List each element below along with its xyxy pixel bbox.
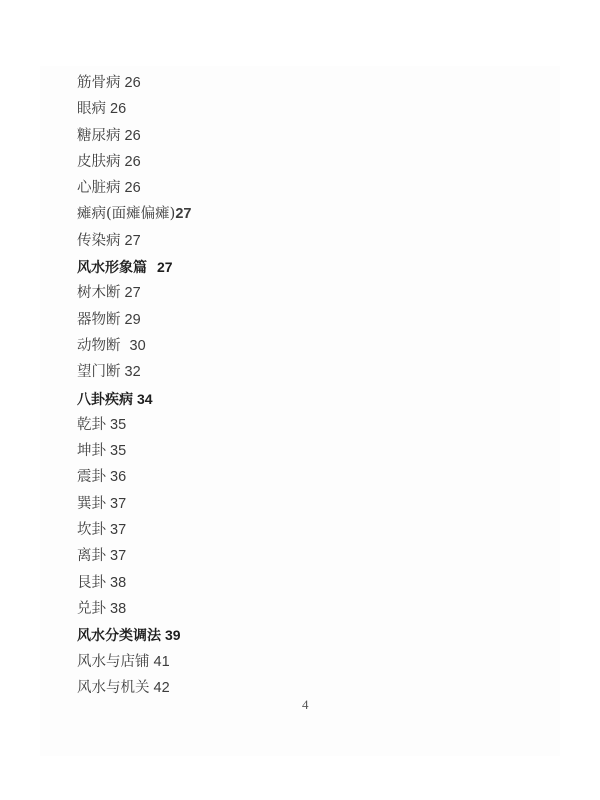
toc-entry-page: 27 [125, 233, 141, 249]
toc-entry-title: 风水与机关 [77, 680, 150, 696]
toc-entry-title: 离卦 [77, 548, 106, 564]
toc-entry-title: 器物断 [77, 312, 121, 328]
toc-section-heading: 八卦疾病34 [77, 386, 191, 412]
toc-section-title: 风水分类调法 [77, 628, 161, 644]
toc-entry: 眼病26 [77, 96, 191, 122]
toc-entry: 坤卦35 [77, 438, 191, 464]
toc-entry-title: 坤卦 [77, 443, 106, 459]
toc-entry: 乾卦35 [77, 412, 191, 438]
toc-entry: 风水与店铺41 [77, 649, 191, 675]
toc-entry-page: 35 [110, 443, 126, 459]
toc-section-page: 39 [165, 627, 181, 643]
toc-entry: 糖尿病26 [77, 123, 191, 149]
toc-section-heading: 风水形象篇27 [77, 254, 191, 280]
toc-entry-page: 42 [154, 680, 170, 696]
toc-entry-page: 32 [125, 364, 141, 380]
toc-entry-title: 筋骨病 [77, 75, 121, 91]
toc-entry-page: 29 [125, 312, 141, 328]
toc-entry: 瘫病(面瘫偏瘫)27 [77, 201, 191, 227]
toc-entry-title: 糖尿病 [77, 128, 121, 144]
toc-entry-page: 41 [154, 654, 170, 670]
toc-entry-title: 坎卦 [77, 522, 106, 538]
toc-entry: 艮卦38 [77, 570, 191, 596]
toc-entry-page: 38 [110, 575, 126, 591]
toc-entry: 动物断30 [77, 333, 191, 359]
toc-entry-page: 26 [125, 75, 141, 91]
table-of-contents: 筋骨病26 眼病26 糖尿病26 皮肤病26 心脏病26 瘫病(面瘫偏瘫)27 … [77, 70, 191, 701]
toc-entry: 传染病27 [77, 228, 191, 254]
toc-entry: 震卦36 [77, 464, 191, 490]
toc-section-page: 34 [137, 391, 153, 407]
toc-entry-page: 27 [175, 206, 191, 222]
toc-entry: 巽卦37 [77, 491, 191, 517]
toc-entry-page: 37 [110, 522, 126, 538]
toc-entry: 兑卦38 [77, 596, 191, 622]
toc-entry-title: 风水与店铺 [77, 654, 150, 670]
toc-entry-title: 乾卦 [77, 417, 106, 433]
toc-entry: 心脏病26 [77, 175, 191, 201]
toc-entry-title: 巽卦 [77, 496, 106, 512]
toc-entry: 风水与机关42 [77, 675, 191, 701]
toc-entry-title: 艮卦 [77, 575, 106, 591]
toc-entry-title: 望门断 [77, 364, 121, 380]
toc-entry-title: 树木断 [77, 285, 121, 301]
toc-entry-page: 37 [110, 496, 126, 512]
toc-entry: 望门断32 [77, 359, 191, 385]
toc-entry-title: 心脏病 [77, 180, 121, 196]
toc-entry-title: 兑卦 [77, 601, 106, 617]
toc-entry-page: 38 [110, 601, 126, 617]
toc-entry-page: 26 [125, 154, 141, 170]
toc-entry-page: 26 [125, 128, 141, 144]
toc-section-heading: 风水分类调法39 [77, 622, 191, 648]
toc-entry-page: 35 [110, 417, 126, 433]
toc-entry-page: 36 [110, 469, 126, 485]
toc-entry-title: 瘫病(面瘫偏瘫) [77, 206, 175, 222]
toc-section-page: 27 [157, 259, 173, 275]
toc-entry-page: 37 [110, 548, 126, 564]
toc-section-title: 风水形象篇 [77, 260, 147, 276]
toc-entry: 器物断29 [77, 307, 191, 333]
toc-entry-page: 27 [125, 285, 141, 301]
toc-entry: 坎卦37 [77, 517, 191, 543]
toc-entry-title: 传染病 [77, 233, 121, 249]
toc-entry-page: 26 [125, 180, 141, 196]
toc-entry-page: 30 [130, 338, 146, 354]
toc-entry-page: 26 [110, 101, 126, 117]
toc-section-title: 八卦疾病 [77, 392, 133, 408]
toc-entry-title: 皮肤病 [77, 154, 121, 170]
toc-entry: 筋骨病26 [77, 70, 191, 96]
toc-entry: 皮肤病26 [77, 149, 191, 175]
toc-entry-title: 眼病 [77, 101, 106, 117]
toc-entry-title: 震卦 [77, 469, 106, 485]
toc-entry: 树木断27 [77, 280, 191, 306]
page-number: 4 [302, 697, 309, 713]
toc-entry: 离卦37 [77, 543, 191, 569]
toc-entry-title: 动物断 [77, 338, 121, 354]
